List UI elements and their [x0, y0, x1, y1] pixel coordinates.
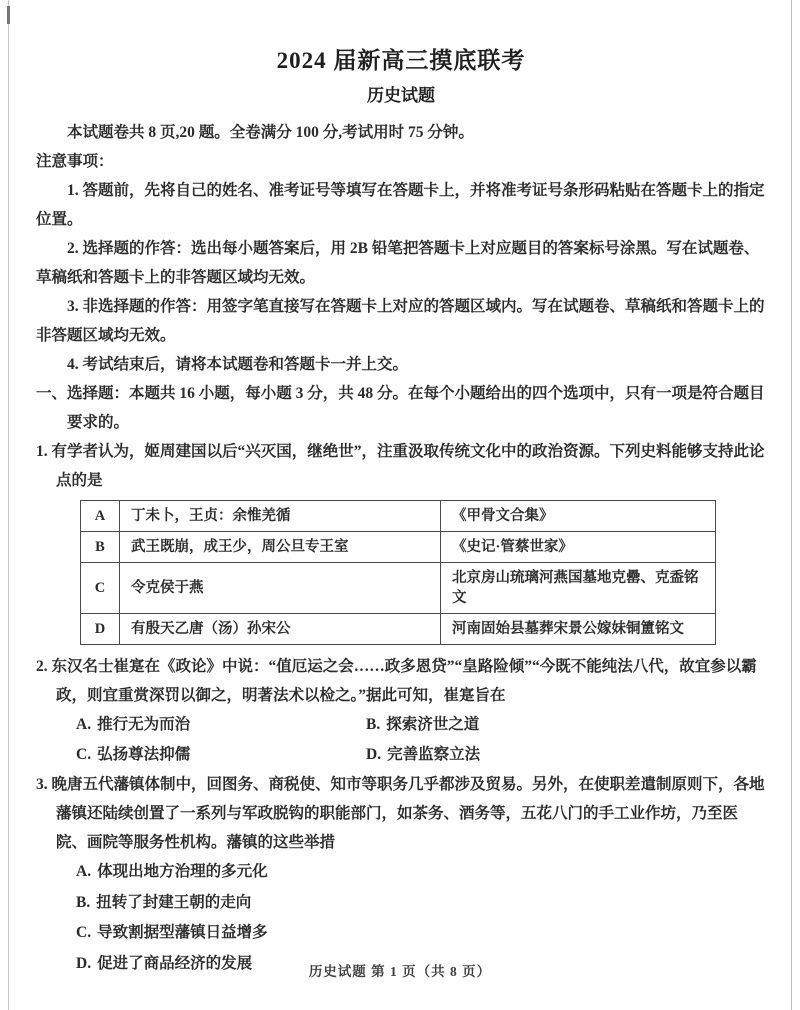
question-2-number: 2. [36, 658, 48, 675]
question-1: 1. 有学者认为，姬周建国以后“兴灭国，继绝世”，注重汲取传统文化中的政治资源。… [36, 437, 766, 645]
option-d-text: 完善监察立法 [387, 746, 480, 763]
row-c-label: C [81, 563, 120, 614]
option-a-text: 推行无为而治 [97, 716, 190, 733]
exam-title: 2024 届新高三摸底联考 [36, 46, 766, 76]
exam-summary: 本试题卷共 8 页,20 题。全卷满分 100 分,考试用时 75 分钟。 [36, 118, 766, 147]
row-d-label: D [81, 614, 120, 645]
option-a: A.推行无为而治 [76, 710, 366, 740]
scan-left-edge-line [8, 0, 9, 1010]
scan-corner-mark [7, 6, 10, 24]
row-c-material: 令克侯于燕 [120, 563, 441, 614]
exam-paper-page: 2024 届新高三摸底联考 历史试题 本试题卷共 8 页,20 题。全卷满分 1… [0, 0, 800, 1010]
option-c-text: 弘扬尊法抑儒 [97, 746, 190, 763]
option-d: D.完善监察立法 [366, 740, 766, 770]
table-row: D 有殷天乙唐（汤）孙宋公 河南固始县墓葬宋景公嫁妹铜簠铭文 [81, 614, 716, 645]
question-3-stem: 3. 晚唐五代藩镇体制中，回图务、商税使、知市等职务几乎都涉及贸易。另外，在使职… [36, 770, 766, 857]
notice-item-4: 4. 考试结束后，请将本试题卷和答题卡一并上交。 [36, 350, 766, 379]
question-3: 3. 晚唐五代藩镇体制中，回图务、商税使、知市等职务几乎都涉及贸易。另外，在使职… [36, 770, 766, 979]
row-b-label: B [81, 532, 120, 563]
option-c: C.导致割据型藩镇日益增多 [76, 918, 766, 949]
question-2-options: A.推行无为而治 B.探索济世之道 C.弘扬尊法抑儒 D.完善监察立法 [76, 710, 766, 770]
option-b-label: B. [366, 716, 380, 733]
table-row: A 丁未卜，王贞：余惟羌循 《甲骨文合集》 [81, 501, 716, 532]
row-c-source: 北京房山琉璃河燕国墓地克罍、克盉铭文 [441, 563, 716, 614]
row-b-material: 武王既崩，成王少，周公旦专王室 [120, 532, 441, 563]
option-b-label: B. [76, 894, 90, 911]
notice-item-1: 1. 答题前，先将自己的姓名、准考证号等填写在答题卡上，并将准考证号条形码粘贴在… [36, 176, 766, 234]
option-b-text: 探索济世之道 [386, 716, 479, 733]
row-a-source: 《甲骨文合集》 [441, 501, 716, 532]
option-c: C.弘扬尊法抑儒 [76, 740, 366, 770]
option-a-label: A. [76, 716, 91, 733]
option-a-label: A. [76, 863, 91, 880]
notice-item-3: 3. 非选择题的作答：用签字笔直接写在答题卡上对应的答题区域内。写在试题卷、草稿… [36, 292, 766, 350]
question-1-text: 有学者认为，姬周建国以后“兴灭国，继绝世”，注重汲取传统文化中的政治资源。下列史… [52, 443, 765, 489]
page-footer: 历史试题 第 1 页（共 8 页） [0, 960, 800, 980]
row-a-material: 丁未卜，王贞：余惟羌循 [120, 501, 441, 532]
row-d-source: 河南固始县墓葬宋景公嫁妹铜簠铭文 [441, 614, 716, 645]
table-row: C 令克侯于燕 北京房山琉璃河燕国墓地克罍、克盉铭文 [81, 563, 716, 614]
option-a-text: 体现出地方治理的多元化 [97, 863, 268, 880]
option-b: B.探索济世之道 [366, 710, 766, 740]
exam-subject-title: 历史试题 [36, 84, 766, 108]
row-b-source: 《史记·管蔡世家》 [441, 532, 716, 563]
row-a-label: A [81, 501, 120, 532]
notice-heading: 注意事项： [36, 147, 766, 176]
notice-item-2: 2. 选择题的作答：选出每小题答案后，用 2B 铅笔把答题卡上对应题目的答案标号… [36, 234, 766, 292]
scan-right-edge-line [791, 0, 792, 1010]
question-3-number: 3. [36, 776, 48, 793]
question-1-number: 1. [36, 443, 48, 460]
question-2-stem: 2. 东汉名士崔寔在《政论》中说：“值厄运之会……政多恩贷”“皇路险倾”“今既不… [36, 652, 766, 710]
question-2: 2. 东汉名士崔寔在《政论》中说：“值厄运之会……政多恩贷”“皇路险倾”“今既不… [36, 652, 766, 770]
question-3-text: 晚唐五代藩镇体制中，回图务、商税使、知市等职务几乎都涉及贸易。另外，在使职差遣制… [52, 776, 765, 851]
section-one-heading: 一、选择题：本题共 16 小题，每小题 3 分，共 48 分。在每个小题给出的四… [36, 379, 766, 437]
table-row: B 武王既崩，成王少，周公旦专王室 《史记·管蔡世家》 [81, 532, 716, 563]
question-2-text: 东汉名士崔寔在《政论》中说：“值厄运之会……政多恩贷”“皇路险倾”“今既不能纯法… [52, 658, 757, 704]
option-c-text: 导致割据型藩镇日益增多 [97, 924, 268, 941]
option-b-text: 扭转了封建王朝的走向 [96, 894, 251, 911]
option-c-label: C. [76, 746, 91, 763]
question-1-source-table: A 丁未卜，王贞：余惟羌循 《甲骨文合集》 B 武王既崩，成王少，周公旦专王室 … [80, 500, 716, 645]
option-d-label: D. [366, 746, 381, 763]
option-c-label: C. [76, 924, 91, 941]
row-d-material: 有殷天乙唐（汤）孙宋公 [120, 614, 441, 645]
option-b: B.扭转了封建王朝的走向 [76, 888, 766, 919]
option-a: A.体现出地方治理的多元化 [76, 857, 766, 888]
question-1-stem: 1. 有学者认为，姬周建国以后“兴灭国，继绝世”，注重汲取传统文化中的政治资源。… [36, 437, 766, 495]
